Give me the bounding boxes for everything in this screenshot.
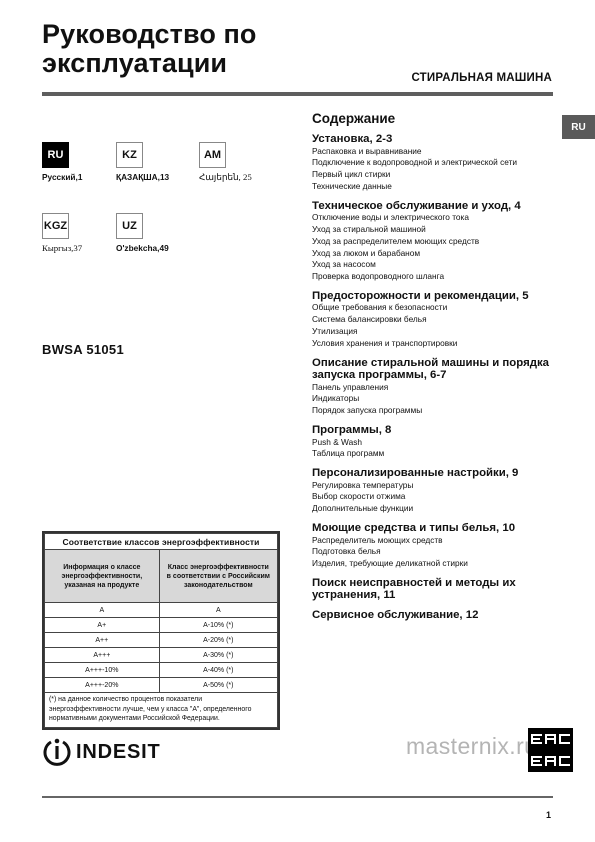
toc-section-title[interactable]: Поиск неисправностей и методы их устране… <box>312 577 562 602</box>
toc-item[interactable]: Технические данные <box>312 181 562 193</box>
language-code-box: UZ <box>116 213 143 239</box>
language-label: O'zbekcha,49 <box>116 243 206 253</box>
toc-section-title[interactable]: Предосторожности и рекомендации, 5 <box>312 290 562 303</box>
toc-section: Моющие средства и типы белья, 10Распреде… <box>312 522 562 570</box>
eac-mark-icon <box>528 728 573 772</box>
toc-item[interactable]: Распаковка и выравнивание <box>312 146 562 158</box>
toc-section-title[interactable]: Персонализированные настройки, 9 <box>312 467 562 480</box>
toc-item[interactable]: Система балансировки белья <box>312 314 562 326</box>
russian-class-cell: A <box>159 603 277 618</box>
product-class-cell: A+++ <box>45 648 160 663</box>
toc-section-title[interactable]: Описание стиральной машины и порядка зап… <box>312 357 562 382</box>
toc-section-title[interactable]: Установка, 2-3 <box>312 133 562 146</box>
toc-item[interactable]: Уход за распределителем моющих средств <box>312 236 562 248</box>
toc-section: Техническое обслуживание и уход, 4Отключ… <box>312 200 562 283</box>
toc-section: Программы, 8Push & WashТаблица программ <box>312 424 562 460</box>
toc-item[interactable]: Уход за люком и барабаном <box>312 248 562 260</box>
product-class-cell: A+++-20% <box>45 678 160 693</box>
russian-class-cell: A-30% (*) <box>159 648 277 663</box>
toc-item[interactable]: Уход за насосом <box>312 259 562 271</box>
russian-class-cell: A-50% (*) <box>159 678 277 693</box>
table-row: A+++-10%A-40% (*) <box>45 663 278 678</box>
table-row: A+A-10% (*) <box>45 618 278 633</box>
toc-item[interactable]: Порядок запуска программы <box>312 405 562 417</box>
language-code-box: AM <box>199 142 226 168</box>
toc-item[interactable]: Первый цикл стирки <box>312 169 562 181</box>
language-code-box: KGZ <box>42 213 69 239</box>
toc-section: Описание стиральной машины и порядка зап… <box>312 357 562 417</box>
toc-item[interactable]: Индикаторы <box>312 393 562 405</box>
language-code-box: RU <box>42 142 69 168</box>
toc-item[interactable]: Панель управления <box>312 382 562 394</box>
toc-item[interactable]: Проверка водопроводного шланга <box>312 271 562 283</box>
language-label: Հայերեն, 25 <box>199 172 289 183</box>
table-row: A+++-20%A-50% (*) <box>45 678 278 693</box>
toc-item[interactable]: Распределитель моющих средств <box>312 535 562 547</box>
toc-section: Персонализированные настройки, 9Регулиро… <box>312 467 562 515</box>
toc-section: Установка, 2-3Распаковка и выравниваниеП… <box>312 133 562 193</box>
toc-item[interactable]: Изделия, требующие деликатной стирки <box>312 558 562 570</box>
toc-item[interactable]: Подключение к водопроводной и электричес… <box>312 157 562 169</box>
toc-item[interactable]: Подготовка белья <box>312 546 562 558</box>
energy-footnote: (*) на данное количество процентов показ… <box>45 693 278 728</box>
toc-section-title[interactable]: Программы, 8 <box>312 424 562 437</box>
toc-section-title[interactable]: Моющие средства и типы белья, 10 <box>312 522 562 535</box>
toc-item[interactable]: Выбор скорости отжима <box>312 491 562 503</box>
page-number: 1 <box>546 810 551 820</box>
language-am[interactable]: AM Հայերեն, 25 <box>199 142 289 183</box>
toc-section: Предосторожности и рекомендации, 5Общие … <box>312 290 562 350</box>
energy-col1-header: Информация о классе энергоэффективности,… <box>45 550 160 603</box>
indesit-logo: INDESIT <box>42 737 161 767</box>
product-class-cell: A+++-10% <box>45 663 160 678</box>
toc-item[interactable]: Отключение воды и электрического тока <box>312 212 562 224</box>
toc-section: Сервисное обслуживание, 12 <box>312 609 562 622</box>
toc-item[interactable]: Общие требования к безопасности <box>312 302 562 314</box>
toc-section: Поиск неисправностей и методы их устране… <box>312 577 562 602</box>
language-uz[interactable]: UZ O'zbekcha,49 <box>116 213 206 253</box>
toc-item[interactable]: Утилизация <box>312 326 562 338</box>
table-row: A++A-20% (*) <box>45 633 278 648</box>
product-class-cell: A++ <box>45 633 160 648</box>
toc-item[interactable]: Условия хранения и транспортировки <box>312 338 562 350</box>
brand-name: INDESIT <box>76 741 161 764</box>
language-label: ҚАЗАҚША,13 <box>116 172 206 182</box>
table-row: A+++A-30% (*) <box>45 648 278 663</box>
russian-class-cell: A-10% (*) <box>159 618 277 633</box>
toc-item[interactable]: Регулировка температуры <box>312 480 562 492</box>
footer-rule <box>42 796 553 798</box>
energy-class-table: Соответствие классов энергоэффективности… <box>42 531 280 730</box>
toc-heading: Содержание <box>312 111 562 126</box>
toc-section-title[interactable]: Сервисное обслуживание, 12 <box>312 609 562 622</box>
document-title: Руководство по эксплуатации <box>42 20 257 78</box>
table-of-contents: Содержание Установка, 2-3Распаковка и вы… <box>312 111 562 628</box>
product-class-cell: A+ <box>45 618 160 633</box>
language-side-tab: RU <box>562 115 595 139</box>
toc-item[interactable]: Таблица программ <box>312 448 562 460</box>
toc-item[interactable]: Push & Wash <box>312 437 562 449</box>
russian-class-cell: A-40% (*) <box>159 663 277 678</box>
toc-item[interactable]: Уход за стиральной машиной <box>312 224 562 236</box>
energy-table-title: Соответствие классов энергоэффективности <box>45 534 278 550</box>
indesit-logo-icon <box>42 737 72 767</box>
product-class-cell: A <box>45 603 160 618</box>
toc-section-title[interactable]: Техническое обслуживание и уход, 4 <box>312 200 562 213</box>
russian-class-cell: A-20% (*) <box>159 633 277 648</box>
model-number: BWSA 51051 <box>42 342 124 357</box>
product-type: СТИРАЛЬНАЯ МАШИНА <box>411 72 552 84</box>
energy-col2-header: Класс энергоэффективности в соответствии… <box>159 550 277 603</box>
header-rule <box>42 92 553 96</box>
language-kz[interactable]: KZ ҚАЗАҚША,13 <box>116 142 206 182</box>
watermark: masternix.ru <box>406 733 537 760</box>
toc-item[interactable]: Дополнительные функции <box>312 503 562 515</box>
language-code-box: KZ <box>116 142 143 168</box>
title-line-2: эксплуатации <box>42 49 257 78</box>
title-line-1: Руководство по <box>42 20 257 49</box>
table-row: AA <box>45 603 278 618</box>
